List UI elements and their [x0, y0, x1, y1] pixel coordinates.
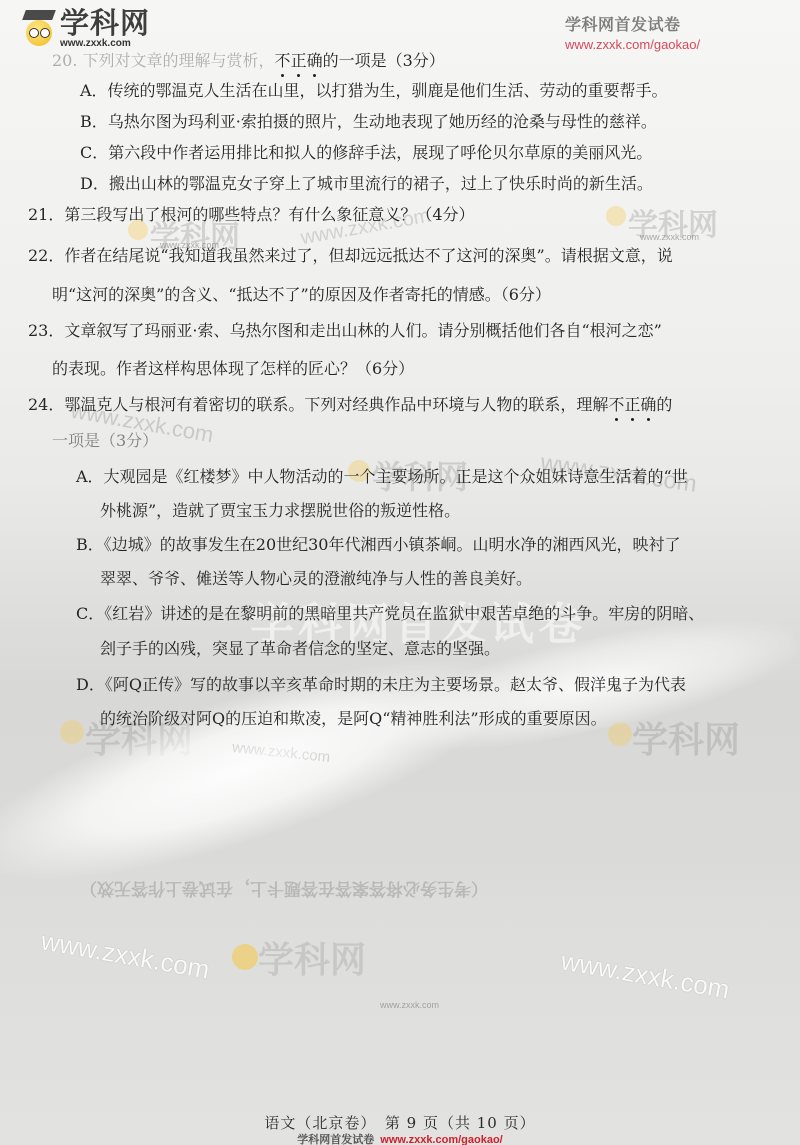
watermark-mascot-icon [60, 720, 84, 744]
question-24-option-a-line-2: 外桃源”，造就了贾宝玉力求摆脱世俗的叛逆性格。 [100, 500, 460, 522]
question-22-line-2: 明“这河的深奥”的含义、“抵达不了”的原因及作者寄托的情感。（6分） [52, 284, 551, 306]
question-24-option-b-line-1: B．《边城》的故事发生在20世纪30年代湘西小镇茶峒。山明水净的湘西风光，映衬了 [76, 534, 680, 556]
logo-url: www.zxxk.com [60, 38, 150, 50]
emphasis-char: 正 [624, 395, 640, 414]
emphasis-char: 确 [640, 395, 656, 414]
exam-page: 学科网 www.zxxk.com 学科网 www.zxxk.com www.zx… [0, 0, 800, 1145]
question-20-option-d: D．搬出山林的鄂温克女子穿上了城市里流行的裙子，过上了快乐时尚的新生活。 [80, 173, 653, 195]
emphasis-char: 正 [291, 51, 307, 70]
watermark-url: www.zxxk.com [559, 945, 732, 1005]
question-21: 21．第三段写出了根河的哪些特点？有什么象征意义？（4分） [28, 204, 475, 226]
question-24-option-d-line-2: 的统治阶级对阿Q的压迫和欺凌，是阿Q“精神胜利法”形成的重要原因。 [100, 708, 607, 730]
watermark-logo: 学科网 [632, 712, 740, 763]
watermark-mascot-icon [606, 206, 626, 226]
logo-title: 学科网 [60, 8, 150, 38]
mascot-icon [22, 6, 58, 50]
question-23-line-1: 23．文章叙写了玛丽亚·索、乌热尔图和走出山林的人们。请分别概括他们各自“根河之… [28, 320, 662, 342]
question-23-line-2: 的表现。作者这样构思体现了怎样的匠心？（6分） [52, 358, 414, 380]
question-22-line-1: 22．作者在结尾说“我知道我虽然来过了，但却远远抵达不了这河的深奥”。请根据文意… [28, 245, 673, 267]
question-24-option-c-line-1: C．《红岩》讲述的是在黎明前的黑暗里共产党员在监狱中艰苦卓绝的斗争。牢房的阴暗、 [76, 603, 704, 625]
watermark-logo: 学科网 [258, 932, 366, 983]
page-number: 语文（北京卷） 第 9 页（共 10 页） [0, 1112, 800, 1133]
header-banner: 学科网首发试卷 www.zxxk.com/gaokao/ [565, 12, 700, 52]
question-20-option-a: A．传统的鄂温克人生活在山里，以打猎为生，驯鹿是他们生活、劳动的重要帮手。 [80, 80, 668, 102]
watermark-url: www.zxxk.com [39, 925, 212, 985]
question-24-option-c-line-2: 刽子手的凶残，突显了革命者信念的坚定、意志的坚强。 [100, 638, 500, 660]
zxxk-logo: 学科网 www.zxxk.com [22, 6, 150, 50]
watermark-url: www.zxxk.com [640, 232, 699, 242]
footer-banner-url[interactable]: www.zxxk.com/gaokao/ [380, 1134, 502, 1145]
question-20-option-c: C．第六段中作者运用排比和拟人的修辞手法，展现了呼伦贝尔草原的美丽风光。 [80, 142, 652, 164]
question-24-option-d-line-1: D．《阿Q正传》写的故事以辛亥革命时期的未庄为主要场景。赵太爷、假洋鬼子为代表 [76, 674, 686, 696]
emphasis-char: 不 [275, 51, 291, 70]
question-24-line-1: 24．鄂温克人与根河有着密切的联系。下列对经典作品中环境与人物的联系，理解不正确… [28, 394, 672, 416]
emphasis-char: 确 [307, 51, 323, 70]
footer-banner-label: 学科网首发试卷 [297, 1133, 374, 1145]
watermark-url: www.zxxk.com [380, 1000, 439, 1010]
header-banner-title: 学科网首发试卷 [565, 12, 700, 35]
question-20-stem: 20. 下列对文章的理解与赏析，不正确的一项是（3分） [52, 50, 445, 72]
question-24-option-b-line-2: 翠翠、爷爷、傩送等人物心灵的澄澈纯净与人性的善良美好。 [100, 568, 532, 590]
question-24-option-a-line-1: A．大观园是《红楼梦》中人物活动的一个主要场所。正是这个众姐妹诗意生活着的“世 [76, 466, 688, 488]
question-20-option-b: B．乌热尔图为玛利亚·索拍摄的照片，生动地表现了她历经的沧桑与母性的慈祥。 [80, 111, 657, 133]
watermark-mascot-icon [232, 944, 258, 970]
emphasis-char: 不 [608, 395, 624, 414]
footer-banner: 学科网首发试卷www.zxxk.com/gaokao/ [0, 1131, 800, 1145]
bleed-through-text: （考生务必将答案答在答题卡上，在试卷上作答无效） [80, 878, 488, 903]
question-24-line-2: 一项是（3分） [52, 430, 158, 452]
header-banner-url[interactable]: www.zxxk.com/gaokao/ [565, 37, 700, 52]
